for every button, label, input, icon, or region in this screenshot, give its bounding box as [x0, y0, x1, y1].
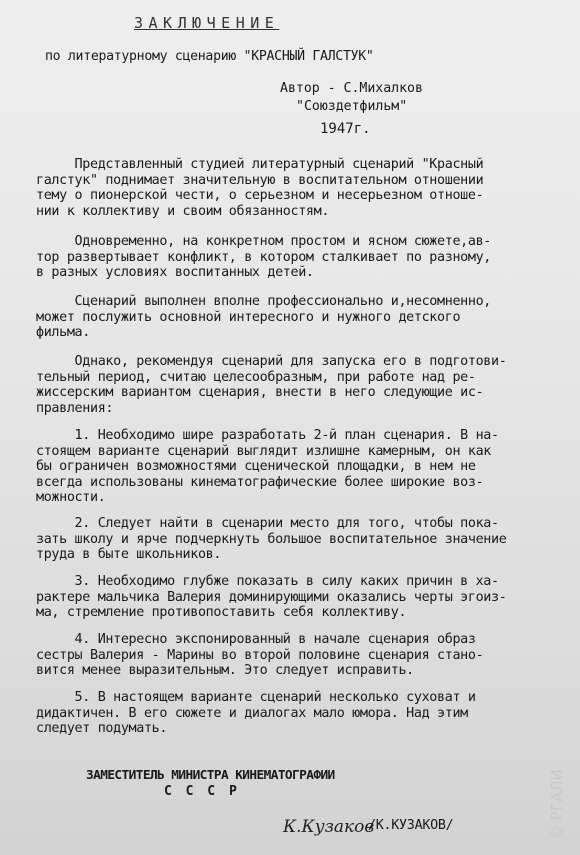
signer-title: ЗАМЕСТИТЕЛЬ МИНИСТРА КИНЕМАТОГРАФИИ: [86, 768, 335, 783]
typed-signature: /К.КУЗАКОВ/: [368, 818, 453, 833]
document-title: ЗАКЛЮЧЕНИЕ: [134, 14, 279, 32]
document-year: 1947г.: [320, 121, 371, 137]
handwritten-signature: К.Кузаков: [283, 817, 374, 837]
document-subtitle: по литературному сценарию "КРАСНЫЙ ГАЛСТ…: [45, 49, 374, 64]
paragraph-intro: Представленный студией литературный сцен…: [36, 157, 572, 219]
list-item-2: 2. Следует найти в сценарии место для то…: [36, 516, 572, 563]
paragraph-recommendation: Однако, рекомендуя сценарий для запуска …: [36, 354, 572, 416]
author-line: Автор - С.Михалков: [280, 81, 423, 96]
list-item-3: 3. Необходимо глубже показать в силу как…: [36, 574, 572, 621]
paragraph-conflict: Одновременно, на конкретном простом и яс…: [36, 234, 572, 281]
list-item-4: 4. Интересно экспонированный в начале сц…: [36, 632, 572, 679]
list-item-1: 1. Необходимо шире разработать 2-й план …: [36, 428, 572, 506]
document-page: ЗАКЛЮЧЕНИЕ по литературному сценарию "КР…: [0, 0, 580, 855]
list-item-5: 5. В настоящем варианте сценарий несколь…: [36, 690, 572, 737]
signer-country: С С С Р: [164, 784, 240, 799]
studio-name: "Союздетфильм": [296, 99, 407, 114]
paragraph-assessment: Сценарий выполнен вполне профессионально…: [36, 294, 572, 341]
archive-watermark: © РГАЛИ: [548, 769, 566, 840]
